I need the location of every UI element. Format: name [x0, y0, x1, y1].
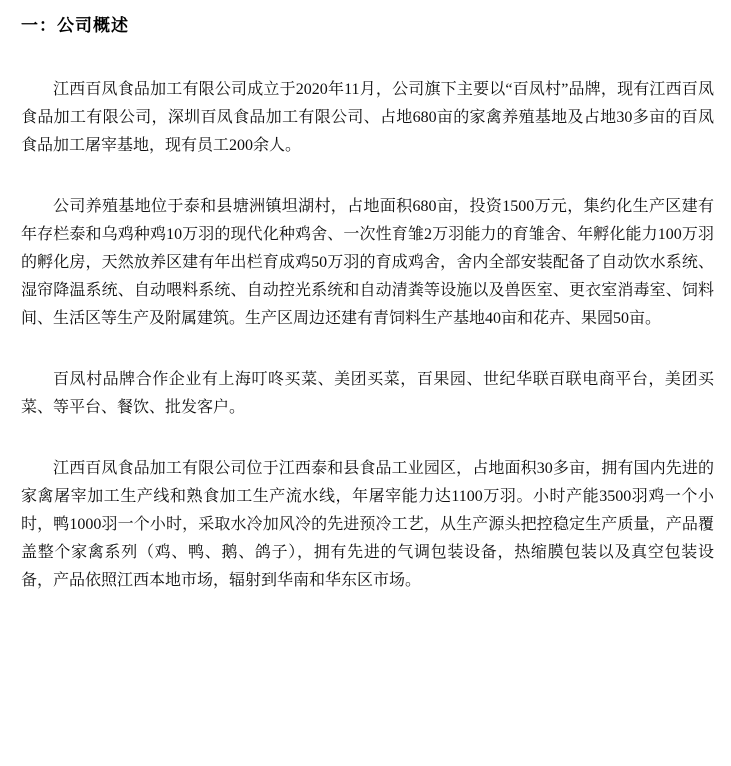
document-page: 一：公司概述 江西百凤食品加工有限公司成立于2020年11月，公司旗下主要以“百… — [0, 0, 731, 766]
paragraph-breeding-base: 公司养殖基地位于泰和县塘洲镇坦湖村，占地面积680亩，投资1500万元，集约化生… — [21, 193, 714, 333]
paragraph-brand-partners: 百凤村品牌合作企业有上海叮咚买菜、美团买菜，百果园、世纪华联百联电商平台，美团买… — [21, 366, 714, 422]
section-heading: 一：公司概述 — [21, 12, 714, 40]
paragraph-processing-plant: 江西百凤食品加工有限公司位于江西泰和县食品工业园区，占地面积30多亩，拥有国内先… — [21, 455, 714, 595]
paragraph-company-intro: 江西百凤食品加工有限公司成立于2020年11月，公司旗下主要以“百凤村”品牌，现… — [21, 76, 714, 160]
